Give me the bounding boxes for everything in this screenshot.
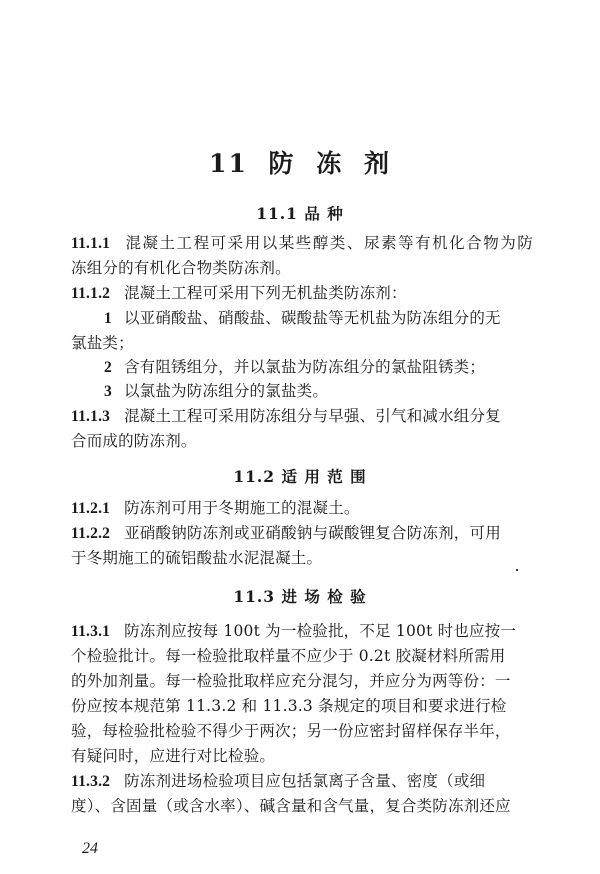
text-line: 合而成的防冻剂。 xyxy=(71,431,533,451)
clause-number: 11.3.2 xyxy=(71,773,110,790)
text-line: 于冬期施工的硫铝酸盐水泥混凝土。 xyxy=(71,548,533,568)
text-line: 度）、含固量（或含水率）、碱含量和含气量，复合类防冻剂还应 xyxy=(71,796,533,816)
text-line: 冻组分的有机化合物类防冻剂。 xyxy=(71,258,533,278)
list-item-3: 3以氯盐为防冻组分的氯盐类。 xyxy=(104,381,566,402)
clause-11-1-1: 11.1.1混凝土工程可采用以某些醇类、尿素等有机化合物为防 xyxy=(71,233,533,254)
section-title-11-3: 11.3 进 场 检 验 xyxy=(0,585,600,607)
text-line: 有疑问时，应进行对比检验。 xyxy=(71,746,533,766)
clause-number: 11.3.1 xyxy=(71,623,110,640)
clause-11-1-2: 11.1.2混凝土工程可采用下列无机盐类防冻剂： xyxy=(71,283,533,304)
clause-number: 11.1.2 xyxy=(71,285,110,302)
clause-number: 11.2.2 xyxy=(71,525,110,542)
clause-number: 11.1.1 xyxy=(71,235,110,252)
clause-number: 11.2.1 xyxy=(71,500,110,517)
text-line: 份应按本规范第 11.3.2 和 11.3.3 条规定的项目和要求进行检 xyxy=(71,696,533,716)
text-line: 氯盐类； xyxy=(71,333,533,353)
chapter-title: 11 防 冻 剂 xyxy=(0,144,600,180)
section-title-11-2: 11.2 适 用 范 围 xyxy=(0,465,600,487)
text-line: 的外加剂量。每一检验批取样应充分混匀，并应分为两等份：一 xyxy=(71,671,533,691)
stray-mark xyxy=(516,569,518,571)
clause-11-2-1: 11.2.1防冻剂可用于冬期施工的混凝土。 xyxy=(71,498,533,519)
item-number: 1 xyxy=(104,310,112,327)
text-line: 验，每检验批检验不得少于两次；另一份应密封留样保存半年， xyxy=(71,721,533,741)
text-line: 个检验批计。每一检验批取样量不应少于 0.2t 胶凝材料所需用 xyxy=(71,646,533,666)
clause-number: 11.1.3 xyxy=(71,408,110,425)
document-page: 11 防 冻 剂 11.1 品 种 11.1.1混凝土工程可采用以某些醇类、尿素… xyxy=(0,0,600,874)
clause-11-2-2: 11.2.2亚硝酸钠防冻剂或亚硝酸钠与碳酸锂复合防冻剂，可用 xyxy=(71,523,533,544)
page-number: 24 xyxy=(82,840,98,858)
section-title-11-1: 11.1 品 种 xyxy=(0,202,600,224)
item-number: 2 xyxy=(104,359,112,376)
clause-11-1-3: 11.1.3混凝土工程可采用防冻组分与早强、引气和减水组分复 xyxy=(71,406,533,427)
clause-11-3-1: 11.3.1防冻剂应按每 100t 为一检验批，不足 100t 时也应按一 xyxy=(71,621,533,642)
clause-11-3-2: 11.3.2防冻剂进场检验项目应包括氯离子含量、密度（或细 xyxy=(71,771,533,792)
list-item-1: 1以亚硝酸盐、硝酸盐、碳酸盐等无机盐为防冻组分的无 xyxy=(104,308,533,329)
item-number: 3 xyxy=(104,383,112,400)
list-item-2: 2含有阻锈组分，并以氯盐为防冻组分的氯盐阻锈类； xyxy=(104,357,566,378)
